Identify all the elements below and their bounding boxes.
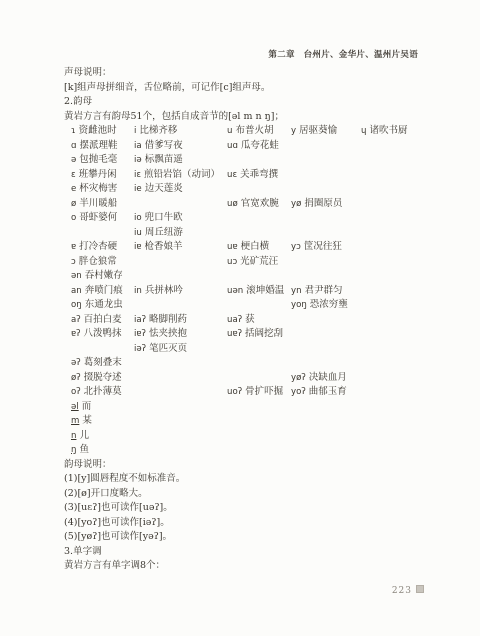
rhyme-cell: oʔ北扑薄莫 [71,385,122,400]
rhyme-cell: ə包抛毛毫 [71,153,117,168]
rhyme-example-chars: 东通龙虫 [85,299,123,310]
rhyme-ipa: ie [134,184,142,194]
rhyme-example-chars: 鱼 [79,444,89,455]
rhyme-example-chars: 恐浓穷壅 [310,299,348,310]
rhyme-example-chars: 而 [82,401,92,412]
rhyme-cell: iaʔ略脚削药 [134,313,187,328]
rhyme-cell: ɔ胖仓狼常 [71,255,117,270]
rhyme-row: ɐʔ八泼鸭抹iɐʔ怯夹挟抱uɐʔ括阔挖刮 [64,327,420,342]
finals-note-item: (1)[y]圆唇程度不如标准音。 [64,472,420,487]
rhyme-cell: ie边天莲炎 [134,182,183,197]
rhyme-cell: ɐ打冷杏硬 [71,240,117,255]
rhyme-ipa: uoʔ [227,387,242,397]
rhyme-ipa: ɐʔ [71,329,81,339]
rhyme-ipa: an [71,286,82,296]
rhyme-example-chars: 君尹群匀 [305,285,343,296]
rhyme-ipa: øʔ [71,373,81,383]
rhyme-cell: in兵拼林吟 [134,284,183,299]
rhyme-ipa: ɿ [71,126,76,136]
rhyme-cell: ən吞村嫩存 [71,269,123,284]
rhyme-example-chars: 包抛毛毫 [79,154,117,165]
rhyme-example-chars: 布普火胡 [235,125,273,136]
rhyme-row: ən吞村嫩存 [64,269,420,284]
rhyme-cell: ø半川暖船 [71,197,117,212]
rhyme-cell: yø捐圈原员 [291,197,342,212]
rhyme-cell: iəʔ笔匹灭页 [134,342,187,357]
rhyme-example-chars: 掇脱夺述 [84,372,122,383]
rhyme-example-chars: 杯灾梅害 [79,183,117,194]
rhyme-row: iəʔ笔匹灭页 [64,342,420,357]
rhyme-row: aʔ百拍白麦iaʔ略脚削药uaʔ获 [64,313,420,328]
rhyme-example-chars: 胖仓狼常 [79,256,117,267]
rhyme-ipa: ø [71,199,76,209]
rhyme-example-chars: 笔匹灭页 [149,343,187,354]
rhyme-cell: uaʔ获 [227,313,255,328]
rhyme-example-chars: 梗白横 [241,241,270,252]
rhyme-ipa: yø [291,199,301,209]
rhyme-example-chars: 奔喷门痕 [85,285,123,296]
rhyme-ipa: ɛ [71,170,76,180]
rhyme-cell: iɐʔ怯夹挟抱 [134,327,187,342]
rhyme-ipa: əʔ [71,358,81,368]
page-number: 223 [392,586,412,596]
rhyme-ipa: e [71,184,76,194]
rhyme-ipa: iaʔ [134,315,146,325]
rhyme-ipa: oʔ [71,387,81,397]
rhyme-cell: u布普火胡 [227,124,273,139]
initials-note-title: 声母说明： [64,66,420,81]
rhyme-cell: an奔喷门痕 [71,284,123,299]
rhyme-cell: əl而 [71,400,91,415]
rhyme-cell: m某 [71,414,92,429]
rhyme-ipa: o [71,213,76,223]
rhyme-cell: iə标飘苗遥 [134,153,183,168]
rhyme-ipa: i [134,126,136,136]
rhyme-cell: uən滚坤婚温 [227,284,284,299]
rhyme-example-chars: 北扑薄莫 [84,386,122,397]
finals-note-item: (3)[uɛʔ]也可读作[uəʔ]。 [64,501,420,516]
rhyme-ipa: u [227,126,232,136]
rhyme-cell: iɐ枪香娘羊 [134,240,183,255]
rhyme-row: an奔喷门痕in兵拼林吟uən滚坤婚温yn君尹群匀 [64,284,420,299]
rhyme-example-chars: 骨扩吓掘 [245,386,283,397]
rhyme-cell: uɐ梗白横 [227,240,269,255]
finals-heading: 2.韵母 [64,95,420,110]
rhyme-example-chars: 半川暖船 [79,198,117,209]
rhyme-example-chars: 借爹写夜 [145,140,183,151]
rhyme-ipa: iu [134,228,142,238]
rhyme-example-chars: 诸吹书厨 [369,125,407,136]
rhyme-ipa: iɛ [134,170,141,180]
rhyme-ipa: uaʔ [227,315,242,325]
rhyme-cell: ɐʔ八泼鸭抹 [71,327,122,342]
rhyme-cell: oŋ东通龙虫 [71,298,123,313]
rhyme-ipa: ən [71,271,82,281]
rhyme-ipa: iɐ [134,242,142,252]
rhyme-example-chars: 滚坤婚温 [246,285,284,296]
page-margin-mark [416,585,424,593]
rhyme-ipa: y [291,126,296,136]
rhyme-example-chars: 兵拼林吟 [145,285,183,296]
rhyme-row: øʔ掇脱夺述yøʔ决缺血月 [64,371,420,386]
rhyme-ipa: ɑ [71,141,76,151]
rhyme-example-chars: 枪香娘羊 [145,241,183,252]
tones-heading: 3.单字调 [64,545,420,560]
rhyme-example-chars: 某 [82,415,92,426]
rhyme-ipa: iə [134,155,142,165]
rhyme-ipa: m [71,416,79,426]
rhyme-example-chars: 哥虾婆何 [79,212,117,223]
rhyme-example-chars: 括阔挖刮 [245,328,283,339]
rhyme-ipa: uɐʔ [227,329,242,339]
rhyme-example-chars: 居驱葵愉 [299,125,337,136]
rhyme-example-chars: 略脚削药 [149,314,187,325]
rhyme-cell: iɛ煎铅岩馅（动词） [134,168,220,183]
rhyme-example-chars: 摆派理鞋 [79,140,117,151]
rhyme-cell: øʔ掇脱夺述 [71,371,122,386]
rhyme-example-chars: 捐圈原员 [304,198,342,209]
rhyme-ipa: yoʔ [291,387,306,397]
rhyme-row: ŋ鱼 [64,443,420,458]
rhyme-cell: yoʔ曲郁玉育 [291,385,347,400]
rhyme-ipa: in [134,286,142,296]
rhyme-example-chars: 官宽欢腕 [241,198,279,209]
rhyme-row: e杯灾梅害ie边天莲炎 [64,182,420,197]
rhyme-cell: uoʔ骨扩吓掘 [227,385,283,400]
rhyme-example-chars: 光矿荒汪 [240,256,278,267]
finals-notes-list: (1)[y]圆唇程度不如标准音。(2)[ø]开口度略大。(3)[uɛʔ]也可读作… [64,472,420,545]
rhyme-example-chars: 筐况往狂 [304,241,342,252]
rhyme-cell: y居驱葵愉 [291,124,337,139]
rhyme-ipa: iɐʔ [134,329,146,339]
rhyme-cell: io兜口牛欧 [134,211,183,226]
rhyme-ipa: uɛ [227,170,237,180]
rhyme-example-chars: 葛刻叠末 [84,357,122,368]
rhyme-ipa: io [134,213,142,223]
rhyme-ipa: uɑ [227,141,238,151]
finals-note-item: (2)[ø]开口度略大。 [64,487,420,502]
rhyme-row: ɿ资雌池时i比梯齐移u布普火胡y居驱葵愉ɥ诸吹书厨 [64,124,420,139]
rhyme-row: əl而 [64,400,420,415]
rhyme-row: oʔ北扑薄莫uoʔ骨扩吓掘yoʔ曲郁玉育 [64,385,420,400]
rhyme-cell: aʔ百拍白麦 [71,313,122,328]
rhyme-ipa: yoŋ [291,300,307,310]
rhyme-ipa: iəʔ [134,344,146,354]
rhyme-example-chars: 关乖弯撰 [240,169,278,180]
rhyme-example-chars: 获 [245,314,255,325]
rhyme-row: ɑ摆派理鞋ia借爹写夜uɑ瓜夸花蛙 [64,139,420,154]
finals-note-item: (4)[yoʔ]也可读作[iəʔ]。 [64,516,420,531]
rhyme-example-chars: 边天莲炎 [145,183,183,194]
running-header: 第二章 台州片、金华片、温州片吴语 [268,48,418,60]
rhyme-example-chars: 儿 [79,430,89,441]
rhyme-cell: uɑ瓜夸花蛙 [227,139,279,154]
rhyme-ipa: oŋ [71,300,82,310]
rhyme-cell: yøʔ决缺血月 [291,371,347,386]
rhyme-cell: ɑ摆派理鞋 [71,139,117,154]
rhyme-example-chars: 标飘苗遥 [145,154,183,165]
rhyme-example-chars: 百拍白麦 [84,314,122,325]
rhyme-cell: o哥虾婆何 [71,211,117,226]
rhyme-ipa: əl [71,402,79,412]
rhyme-cell: yɔ筐况往狂 [291,240,342,255]
rhyme-cell: n儿 [71,429,89,444]
rhyme-example-chars: 煎铅岩馅（动词） [144,169,220,180]
rhyme-ipa: ia [134,141,142,151]
rhyme-row: əʔ葛刻叠末 [64,356,420,371]
rhyme-row: ə包抛毛毫iə标飘苗遥 [64,153,420,168]
rhyme-example-chars: 瓜夸花蛙 [241,140,279,151]
rhyme-ipa: uɐ [227,242,238,252]
rhyme-cell: ia借爹写夜 [134,139,183,154]
rhyme-cell: ɛ班攀丹闲 [71,168,117,183]
rhyme-ipa: n [71,431,76,441]
rhyme-cell: yoŋ恐浓穷壅 [291,298,348,313]
rhyme-ipa: ɐ [71,242,76,252]
rhyme-ipa: yn [291,286,302,296]
rhyme-cell: ŋ鱼 [71,443,89,458]
rhyme-cell: e杯灾梅害 [71,182,117,197]
rhyme-cell: ɥ诸吹书厨 [361,124,407,139]
rhyme-ipa: uɔ [227,257,237,267]
rhyme-ipa: ŋ [71,445,76,455]
rhyme-row: o哥虾婆何io兜口牛欧 [64,211,420,226]
rhyme-cell: uɐʔ括阔挖刮 [227,327,283,342]
rhyme-example-chars: 兜口牛欧 [145,212,183,223]
rhyme-ipa: ɔ [71,257,76,267]
rhyme-example-chars: 吞村嫩存 [85,270,123,281]
rhyme-cell: əʔ葛刻叠末 [71,356,122,371]
rhyme-cell: iu周丘纽游 [134,226,183,241]
rhyme-cell: uø官宽欢腕 [227,197,279,212]
rhyme-example-chars: 曲郁玉育 [309,386,347,397]
rhyme-example-chars: 周丘纽游 [145,227,183,238]
finals-note-item: (5)[yøʔ]也可读作[yəʔ]。 [64,530,420,545]
rhyme-ipa: uø [227,199,238,209]
finals-notes-title: 韵母说明： [64,458,420,473]
rhyme-ipa: yɔ [291,242,301,252]
rhyme-row: iu周丘纽游 [64,226,420,241]
rhyme-cell: i比梯齐移 [134,124,177,139]
rhyme-row: ɔ胖仓狼常uɔ光矿荒汪 [64,255,420,270]
rhyme-example-chars: 比梯齐移 [139,125,177,136]
rhyme-ipa: aʔ [71,315,81,325]
tones-intro: 黄岩方言有单字调8个： [64,559,420,574]
rhyme-cell: yn君尹群匀 [291,284,343,299]
rhyme-row: m某 [64,414,420,429]
rhyme-cell: uɛ关乖弯撰 [227,168,278,183]
rhyme-example-chars: 八泼鸭抹 [84,328,122,339]
rhyme-row: oŋ东通龙虫yoŋ恐浓穷壅 [64,298,420,313]
rhyme-ipa: ə [71,155,76,165]
rhyme-example-chars: 决缺血月 [309,372,347,383]
rhyme-example-chars: 怯夹挟抱 [149,328,187,339]
rhyme-cell: uɔ光矿荒汪 [227,255,278,270]
book-page: 第二章 台州片、金华片、温州片吴语 声母说明： [k]组声母拼细音，舌位略前，可… [0,0,480,636]
rhyme-ipa: yøʔ [291,373,306,383]
rhyme-example-chars: 打冷杏硬 [79,241,117,252]
page-body: 声母说明： [k]组声母拼细音，舌位略前，可记作[c]组声母。 2.韵母 黄岩方… [64,66,420,574]
rhyme-row: ø半川暖船uø官宽欢腕yø捐圈原员 [64,197,420,212]
rhyme-ipa: ɥ [361,126,366,136]
rhyme-row: ɐ打冷杏硬iɐ枪香娘羊uɐ梗白横yɔ筐况往狂 [64,240,420,255]
rhyme-ipa: uən [227,286,243,296]
rhyme-row: ɛ班攀丹闲iɛ煎铅岩馅（动词）uɛ关乖弯撰 [64,168,420,183]
rhyme-table: ɿ资雌池时i比梯齐移u布普火胡y居驱葵愉ɥ诸吹书厨ɑ摆派理鞋ia借爹写夜uɑ瓜夸… [64,124,420,458]
finals-intro: 黄岩方言有韵母51个，包括自成音节的[əl m n ŋ]； [64,110,420,125]
rhyme-example-chars: 班攀丹闲 [79,169,117,180]
page-number-row: 223 [392,585,424,596]
rhyme-cell: ɿ资雌池时 [71,124,117,139]
rhyme-example-chars: 资雌池时 [79,125,117,136]
rhyme-row: n儿 [64,429,420,444]
initials-note: [k]组声母拼细音，舌位略前，可记作[c]组声母。 [64,81,420,96]
finals-notes: 韵母说明： (1)[y]圆唇程度不如标准音。(2)[ø]开口度略大。(3)[uɛ… [64,458,420,545]
